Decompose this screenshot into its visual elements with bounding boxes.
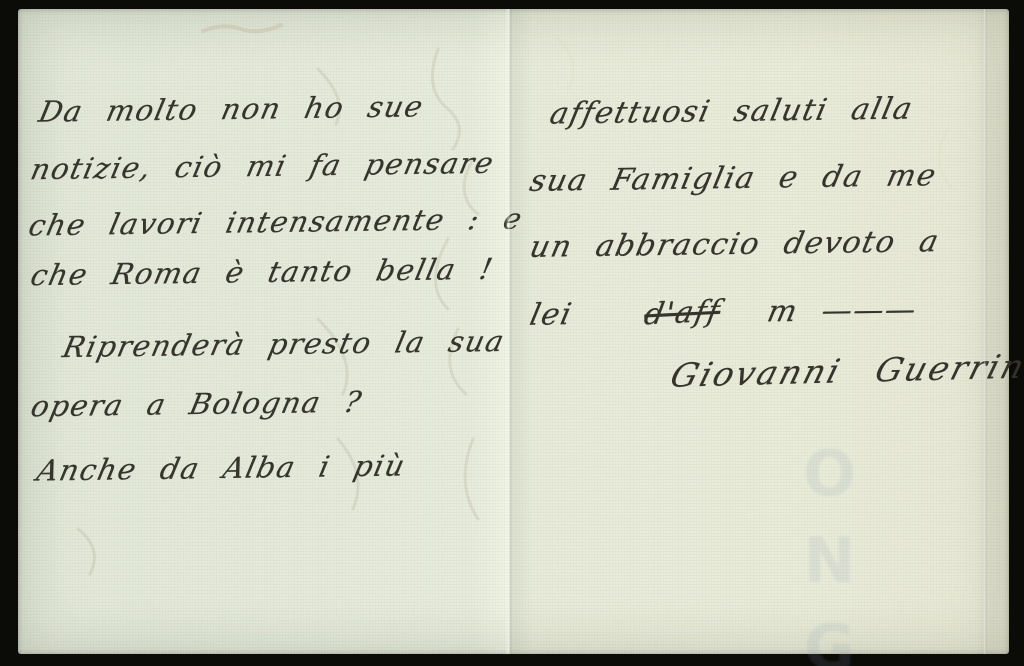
letter-photo: ONG Da molto non ho sue notizie, ciò mi … (0, 0, 1024, 666)
signature: Giovanni Guerrini (673, 351, 1024, 390)
letter-page-right: affettuosi saluti alla sua Famiglia e da… (513, 9, 1009, 654)
letter-closing-line: lei d'aff m ——— (531, 295, 916, 330)
letter-line: Da molto non ho sue (40, 92, 423, 126)
letter-line: opera a Bologna ? (32, 387, 361, 421)
closing-post: m ——— (764, 292, 921, 329)
letter-sheet: ONG Da molto non ho sue notizie, ciò mi … (18, 9, 1009, 654)
letter-line: Anche da Alba i più (38, 451, 405, 485)
letter-line: Riprenderà presto la sua (64, 327, 504, 361)
closing-pre: lei (527, 297, 576, 333)
letter-line: che lavori intensamente : e (30, 205, 522, 239)
letter-line: un abbraccio devoto a (531, 227, 939, 262)
struck-out-word: d'aff (641, 294, 723, 333)
center-fold (505, 9, 513, 654)
letter-page-left: Da molto non ho sue notizie, ciò mi fa p… (18, 9, 508, 654)
letter-line: notizie, ciò mi fa pensare (32, 149, 493, 183)
letter-line: sua Famiglia e da me (531, 161, 936, 196)
letter-line: che Roma è tanto bella ! (32, 255, 492, 289)
right-edge-crease (984, 9, 987, 654)
letter-line: affettuosi saluti alla (551, 94, 912, 129)
